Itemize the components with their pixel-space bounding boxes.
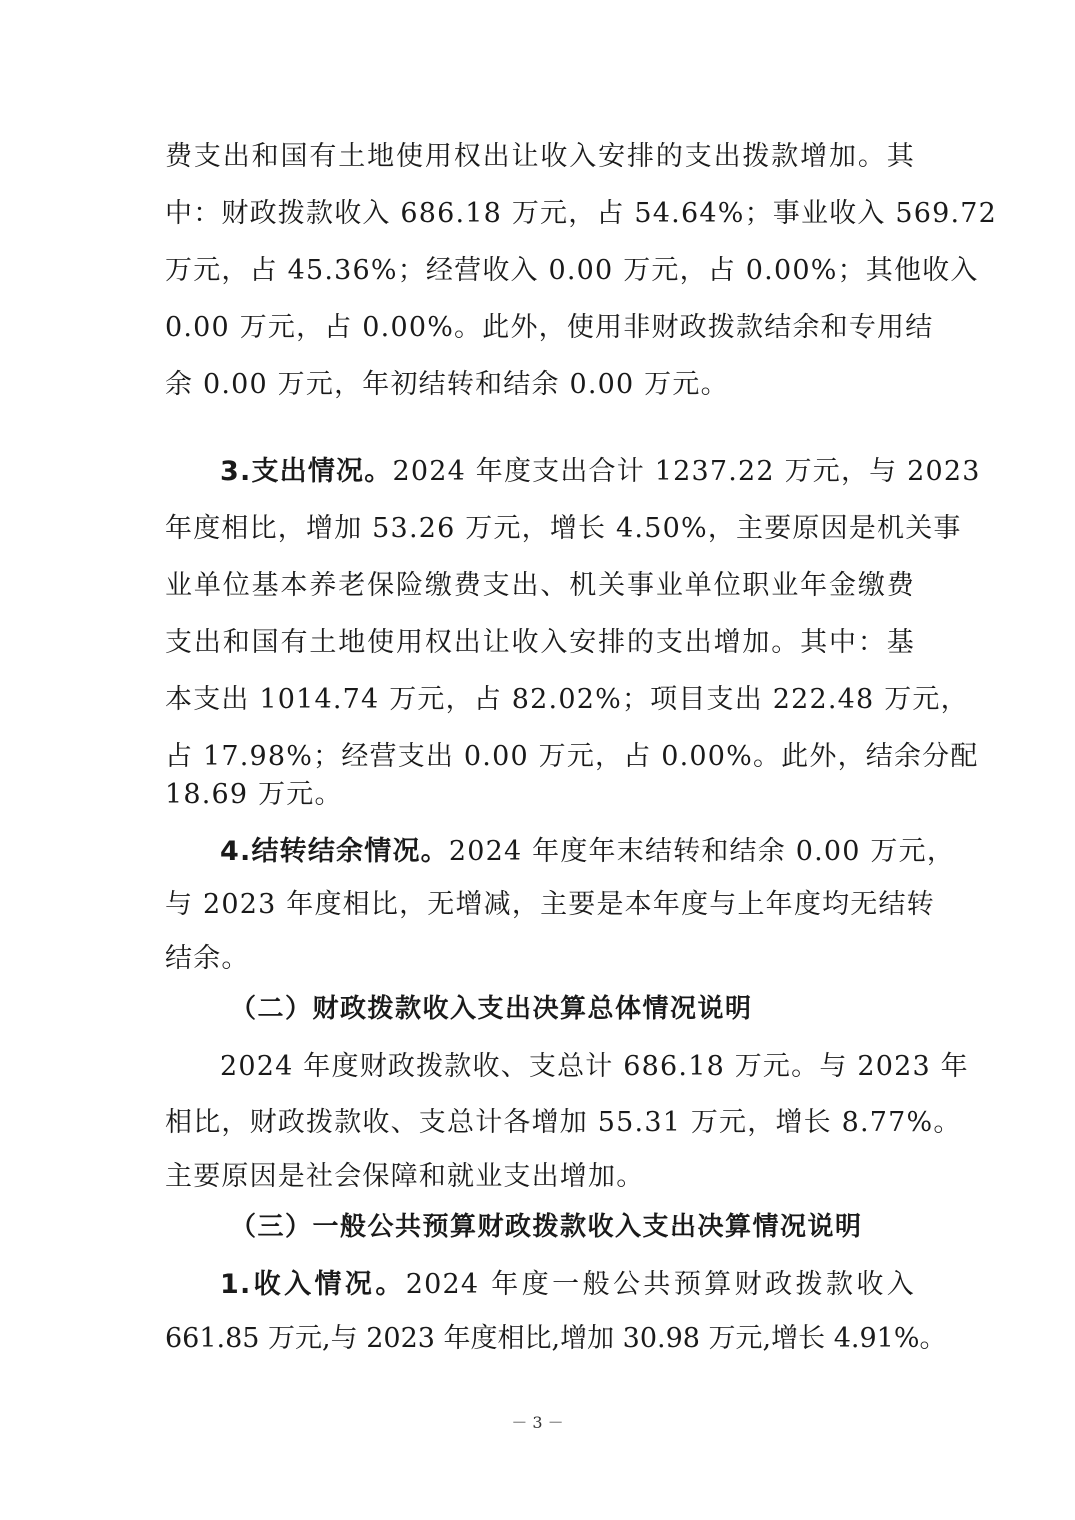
text-line: 业单位基本养老保险缴费支出、机关事业单位职业年金缴费: [165, 569, 915, 603]
text-line: 主要原因是社会保障和就业支出增加。: [165, 1160, 915, 1194]
text-line: 18.69 万元。: [165, 778, 915, 812]
income-paragraph-first-line: 1.收入情况。2024 年度一般公共预算财政拨款收入: [220, 1268, 915, 1302]
text-line: 本支出 1014.74 万元，占 82.02%；项目支出 222.48 万元，: [165, 683, 915, 717]
section-heading: （三）一般公共预算财政拨款收入支出决算情况说明: [230, 1210, 863, 1244]
text-line: 支出和国有土地使用权出让收入安排的支出增加。其中：基: [165, 626, 915, 660]
income-title: 1.收入情况。: [220, 1269, 406, 1300]
text-line: 0.00 万元，占 0.00%。此外，使用非财政拨款结余和专用结: [165, 311, 915, 345]
text-line: 2024 年度财政拨款收、支总计 686.18 万元。与 2023 年: [220, 1050, 915, 1084]
text-line: 年度相比，增加 53.26 万元，增长 4.50%，主要原因是机关事: [165, 512, 915, 546]
text-span: 2024 年度支出合计 1237.22 万元，与 2023: [392, 456, 980, 487]
carryover-title: 4.结转结余情况。: [220, 836, 449, 867]
text-line: 结余。: [165, 942, 915, 976]
carryover-paragraph-first-line: 4.结转结余情况。2024 年度年末结转和结余 0.00 万元，: [220, 835, 915, 869]
text-line: 余 0.00 万元，年初结转和结余 0.00 万元。: [165, 368, 915, 402]
expenditure-paragraph-first-line: 3.支出情况。2024 年度支出合计 1237.22 万元，与 2023: [220, 455, 915, 489]
text-line: 661.85 万元,与 2023 年度相比,增加 30.98 万元,增长 4.9…: [165, 1322, 915, 1356]
text-line: 中：财政拨款收入 686.18 万元，占 54.64%；事业收入 569.72: [165, 197, 915, 231]
text-line: 占 17.98%；经营支出 0.00 万元，占 0.00%。此外，结余分配: [165, 740, 915, 774]
text-span: 2024 年度年末结转和结余 0.00 万元，: [449, 836, 955, 867]
section-heading: （二）财政拨款收入支出决算总体情况说明: [230, 992, 753, 1026]
expenditure-title: 3.支出情况。: [220, 456, 392, 487]
text-line: 万元，占 45.36%；经营收入 0.00 万元，占 0.00%；其他收入: [165, 254, 915, 288]
text-span: 2024 年度一般公共预算财政拨款收入: [406, 1269, 915, 1300]
text-line: 费支出和国有土地使用权出让收入安排的支出拨款增加。其: [165, 140, 915, 174]
text-line: 相比，财政拨款收、支总计各增加 55.31 万元，增长 8.77%。: [165, 1106, 915, 1140]
text-line: 与 2023 年度相比，无增减，主要是本年度与上年度均无结转: [165, 888, 915, 922]
page-number: － 3 －: [0, 1410, 1075, 1433]
document-page: 费支出和国有土地使用权出让收入安排的支出拨款增加。其 中：财政拨款收入 686.…: [0, 0, 1075, 1520]
